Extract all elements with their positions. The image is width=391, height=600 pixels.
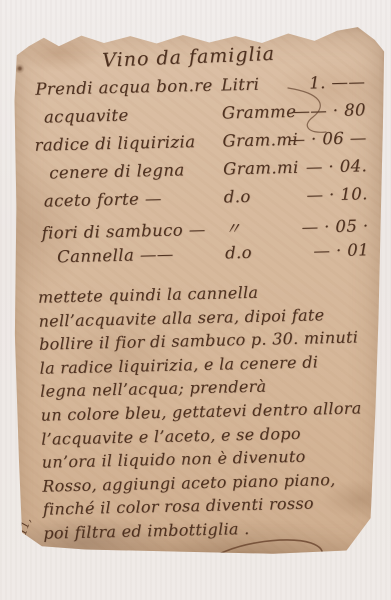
ingredient-row: Cannella —— d.o — · 01 — [57, 240, 370, 275]
ingredient-unit: Litri — [221, 74, 287, 94]
ingredient-unit: 〃 — [224, 214, 291, 239]
ingredient-name: radice di liquirizia — [34, 132, 222, 155]
ingredient-name: aceto forte — — [44, 188, 224, 211]
scan-background: Vino da famiglia Prendi acqua bon.re Lit… — [0, 0, 391, 600]
ingredient-name: Cannella —— — [57, 244, 225, 267]
ingredient-unit: Gram.mi — [223, 158, 289, 178]
ingredient-name: cenere di legna — [49, 160, 223, 183]
ingredient-name: fiori di sambuco — — [41, 220, 224, 243]
ingredient-value: — · 04. — [289, 156, 367, 177]
ingredient-unit: Gramme — [222, 102, 288, 122]
ingredient-value: — · 10. — [290, 184, 368, 205]
signature-flourish — [195, 531, 350, 589]
manuscript-paper: Vino da famiglia Prendi acqua bon.re Lit… — [10, 26, 386, 558]
ingredient-name: acquavite — [44, 104, 222, 127]
ingredient-unit: Gram.mi — [222, 130, 288, 150]
ingredient-unit: d.o — [224, 186, 290, 206]
ingredient-unit: d.o — [225, 242, 291, 262]
title-flourish-stroke — [282, 84, 342, 140]
ingredient-name: Prendi acqua bon.re — [35, 76, 221, 99]
ingredient-value: — · 05 · — [290, 216, 368, 237]
instructions-paragraph: mettete quindi la cannella nell’acquavit… — [38, 278, 376, 545]
ingredient-value: — · 01 — [291, 240, 369, 261]
